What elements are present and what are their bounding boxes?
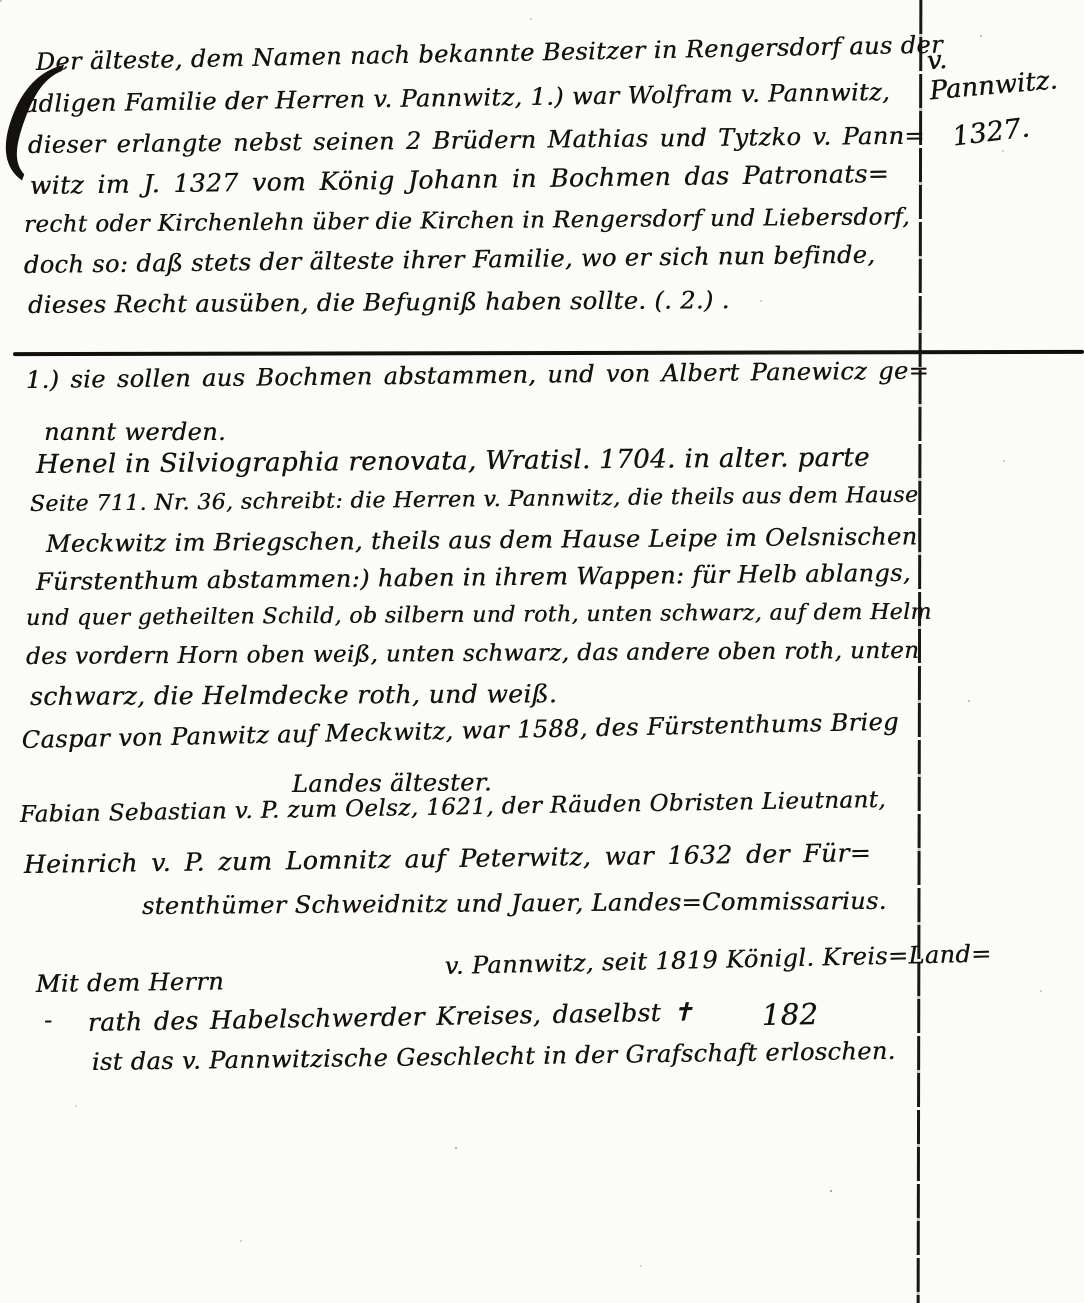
para1-line1: Der älteste, dem Namen nach bekannte Bes… — [35, 31, 943, 76]
closing-line2-left: rath des Habelschwerder Kreises, daselbs… — [87, 997, 693, 1037]
para1-line3: dieser erlangte nebst seinen 2 Brüdern M… — [28, 122, 925, 159]
para2-line5: Meckwitz im Briegschen, theils aus dem H… — [46, 522, 918, 558]
closing-line1-left: Mit dem Herrn — [36, 967, 225, 998]
para1-line4: witz im J. 1327 vom König Johann in Boch… — [30, 159, 890, 200]
para1-line7: dieses Recht ausüben, die Befugniß haben… — [28, 286, 730, 319]
para3-line1: Caspar von Panwitz auf Meckwitz, war 158… — [21, 708, 899, 754]
para3-line4: Heinrich v. P. zum Lomnitz auf Peterwitz… — [24, 838, 872, 879]
para2-line2: nannt werden. — [44, 418, 226, 446]
para2-line4: Seite 711. Nr. 36, schreibt: die Herren … — [30, 483, 919, 517]
margin-note-year: 1327. — [951, 106, 1080, 152]
para1-line6: doch so: daß stets der älteste ihrer Fam… — [24, 241, 876, 279]
para3-line5: stenthümer Schweidnitz und Jauer, Landes… — [142, 887, 887, 920]
para2-line6: Fürstenthum abstammen:) haben in ihrem W… — [36, 559, 911, 596]
para2-line1: 1.) sie sollen aus Bochmen abstammen, un… — [26, 357, 929, 394]
para1-line5: recht oder Kirchenlehn über die Kirchen … — [24, 204, 910, 238]
para2-line7: und quer getheilten Schild, ob silbern u… — [26, 600, 932, 631]
closing-margin-dash: - — [44, 1006, 53, 1034]
para2-line9: schwarz, die Helmdecke roth, und weiß. — [30, 679, 557, 711]
para1-line2: adligen Familie der Herren v. Pannwitz, … — [24, 78, 891, 118]
closing-page-number: 182 — [761, 997, 818, 1032]
paper-speckle — [0, 0, 2, 2]
closing-line3: ist das v. Pannwitzische Geschlecht in d… — [92, 1037, 896, 1076]
margin-note: v. Pannwitz. 1327. — [928, 40, 1078, 145]
closing-line1-right: v. Pannwitz, seit 1819 Königl. Kreis=Lan… — [444, 940, 992, 980]
manuscript-page: v. Pannwitz. 1327. ( Der älteste, dem Na… — [0, 0, 1084, 1303]
margin-note-name: v. Pannwitz. — [926, 34, 1081, 107]
para2-line8: des vordern Horn oben weiß, unten schwar… — [26, 638, 920, 670]
para2-line3: Henel in Silviographia renovata, Wratisl… — [36, 443, 870, 480]
section-divider-rule — [13, 350, 1084, 356]
